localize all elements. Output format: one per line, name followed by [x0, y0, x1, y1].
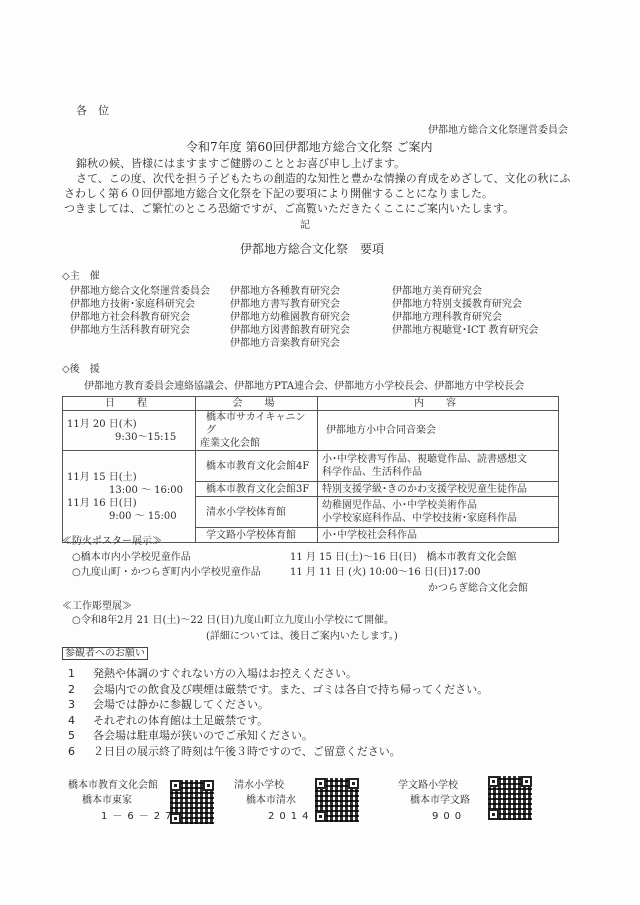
venue-cell: 清水小学校体育館	[196, 497, 318, 528]
poster-heading: ≪防火ポスター展示≫	[62, 535, 162, 548]
organizer: 伊都地方特別支援教育研究会	[392, 298, 538, 311]
organizers-heading: ◇主 催	[62, 270, 100, 283]
list-item: 4それぞれの体育館は土足厳禁です。	[68, 713, 488, 729]
item-number: 3	[68, 697, 93, 713]
content-cell: 小･中学校社会科作品	[318, 528, 559, 543]
poster-item-when: 11 月 15 日(土)～16 日(日) 橋本市教育文化会館	[290, 551, 517, 564]
content-cont: 小学校家庭科作品、中学校技術･家庭科作品	[322, 512, 554, 525]
date: 11月 15 日(土)	[67, 471, 191, 484]
sculpture-heading: ≪工作彫塑展≫	[62, 600, 132, 613]
item-text: 会場では静かに参観してください。	[93, 698, 269, 711]
venue-cell: 橋本市サカイキャニング 産業文化会館	[196, 411, 318, 451]
venue-name: 清水小学校	[234, 779, 284, 792]
table-row: 11月 20 日(木) 9:30～15:15 橋本市サカイキャニング 産業文化会…	[63, 411, 559, 451]
venue-cont: 産業文化会館	[200, 437, 313, 450]
outline-title: 伊都地方総合文化祭 要項	[240, 242, 384, 257]
requests-heading: 参観者へのお願い	[62, 647, 148, 660]
organizer: 伊都地方音楽教育研究会	[230, 337, 350, 350]
venue-number: 2014	[268, 810, 313, 823]
item-text: 会場内での飲食及び喫煙は厳禁です。また、ゴミは各自で持ち帰ってください。	[93, 683, 488, 696]
venue-cell: 橋本市教育文化会館3F	[196, 482, 318, 497]
venue-cell: 学文路小学校体育館	[196, 528, 318, 543]
venue-name: 橋本市教育文化会館	[68, 779, 158, 792]
schedule-table: 日 程 会 場 内 容 11月 20 日(木) 9:30～15:15 橋本市サカ…	[62, 396, 559, 543]
date-cell: 11月 15 日(土) 13:00 ～ 16:00 11月 16 日(日) 9:…	[63, 451, 196, 543]
table-header-row: 日 程 会 場 内 容	[63, 397, 559, 411]
header-venue: 会 場	[196, 397, 318, 411]
organizer: 伊都地方美育研究会	[392, 285, 538, 298]
sculpture-line-2: (詳細については、後日ご案内いたします。)	[206, 630, 398, 643]
supporters-heading: ◇後 援	[62, 363, 100, 376]
venue-number: 1－6－27	[101, 810, 176, 823]
poster-item-label: ○橋本市内小学校児童作品	[72, 551, 191, 564]
sculpture-line-1: ○令和8年2月 21 日(土)～22 日(日)九度山町立九度山小学校にて開催。	[72, 614, 394, 627]
content: 幼稚園児作品、小･中学校美術作品	[322, 499, 554, 512]
item-number: 6	[68, 744, 93, 760]
time: 9:00 ～ 15:00	[67, 510, 191, 523]
list-item: 2会場内での飲食及び喫煙は厳禁です。また、ゴミは各自で持ち帰ってください。	[68, 682, 488, 698]
organizer: 伊都地方生活科教育研究会	[70, 324, 210, 337]
time: 9:30～15:15	[67, 431, 191, 444]
poster-item-when: 11 月 11 日 (火) 10:00～16 日(日)17:00	[290, 566, 481, 579]
supporters-text: 伊都地方教育委員会連絡協議会、伊都地方PTA連合会、伊都地方小学校長会、伊都地方…	[84, 380, 524, 393]
item-number: 2	[68, 682, 93, 698]
item-number: 4	[68, 713, 93, 729]
item-text: ２日目の展示終了時刻は午後３時ですので、ご留意ください。	[93, 745, 401, 758]
item-text: 発熱や体調のすぐれない方の入場はお控えください。	[93, 667, 357, 680]
content-cont: 科学作品、生活科作品	[322, 466, 554, 479]
table-row: 11月 15 日(土) 13:00 ～ 16:00 11月 16 日(日) 9:…	[63, 451, 559, 482]
organizer: 伊都地方技術･家庭科研究会	[70, 298, 210, 311]
requests-heading-label: 参観者へのお願い	[62, 647, 148, 660]
content-cell: 伊都地方小中合同音楽会	[318, 411, 559, 451]
venue-name: 学文路小学校	[398, 779, 458, 792]
list-item: 3会場では静かに参観してください。	[68, 697, 488, 713]
date: 11月 16 日(日)	[67, 497, 191, 510]
content-cell: 幼稚園児作品、小･中学校美術作品 小学校家庭科作品、中学校技術･家庭科作品	[318, 497, 559, 528]
poster-item-label: ○九度山町・かつらぎ町内小学校児童作品	[72, 566, 261, 579]
organizers-col-2: 伊都地方各種教育研究会 伊都地方書写教育研究会 伊都地方幼稚園教育研究会 伊都地…	[230, 285, 350, 350]
organizers-col-3: 伊都地方美育研究会 伊都地方特別支援教育研究会 伊都地方理科教育研究会 伊都地方…	[392, 285, 538, 337]
intro-line-4: つきましては、ご繁忙のところ恐縮ですが、ご高覧いただきたくここにご案内いたします…	[64, 202, 514, 216]
venue-number: 900	[432, 810, 466, 823]
organizer: 伊都地方総合文化祭運営委員会	[70, 285, 210, 298]
header-content: 内 容	[318, 397, 559, 411]
organizer: 伊都地方理科教育研究会	[392, 311, 538, 324]
organizers-col-1: 伊都地方総合文化祭運営委員会 伊都地方技術･家庭科研究会 伊都地方社会科教育研究…	[70, 285, 210, 337]
content-cell: 小･中学校書写作品、視聴覚作品、読書感想文 科学作品、生活科作品	[318, 451, 559, 482]
date: 11月 20 日(木)	[67, 418, 191, 431]
poster-item-where: かつらぎ総合文化会館	[428, 582, 528, 595]
content-cell: 特別支援学級･きのかわ支援学校児童生徒作品	[318, 482, 559, 497]
organizer: 伊都地方社会科教育研究会	[70, 311, 210, 324]
ki-mark: 記	[300, 219, 310, 232]
item-number: 1	[68, 666, 93, 682]
venue-area: 橋本市清水	[246, 794, 296, 807]
list-item: 5各会場は駐車場が狭いのでご承知ください。	[68, 728, 488, 744]
organizer: 伊都地方各種教育研究会	[230, 285, 350, 298]
date-cell: 11月 20 日(木) 9:30～15:15	[63, 411, 196, 451]
page-title: 令和7年度 第60回伊都地方総合文化祭 ご案内	[186, 140, 433, 155]
salutation: 各 位	[76, 104, 109, 118]
organizer: 伊都地方書写教育研究会	[230, 298, 350, 311]
content: 小･中学校書写作品、視聴覚作品、読書感想文	[322, 453, 554, 466]
venue-area: 橋本市学文路	[410, 794, 470, 807]
item-text: 各会場は駐車場が狭いのでご承知ください。	[93, 729, 313, 742]
qr-code-icon[interactable]	[170, 780, 214, 824]
list-item: 6２日目の展示終了時刻は午後３時ですので、ご留意ください。	[68, 744, 488, 760]
venue-area: 橋本市東家	[82, 794, 132, 807]
sender: 伊都地方総合文化祭運営委員会	[428, 124, 568, 137]
qr-code-icon[interactable]	[488, 776, 532, 820]
venue: 橋本市サカイキャニング	[200, 411, 313, 437]
list-item: 1発熱や体調のすぐれない方の入場はお控えください。	[68, 666, 488, 682]
intro-line-2: さて、この度、次代を担う子どもたちの創造的な知性と豊かな情操の育成をめざして、文…	[76, 172, 571, 186]
venue-cell: 橋本市教育文化会館4F	[196, 451, 318, 482]
intro-line-3: さわしく第６０回伊都地方総合文化祭を下記の要項により開催することになりました。	[64, 187, 493, 201]
organizer: 伊都地方図書館教育研究会	[230, 324, 350, 337]
item-text: それぞれの体育館は土足厳禁です。	[93, 714, 268, 727]
requests-list: 1発熱や体調のすぐれない方の入場はお控えください。 2会場内での飲食及び喫煙は厳…	[68, 666, 488, 759]
intro-line-1: 錦秋の候、皆様にはますますご健勝のこととお喜び申し上げます。	[76, 157, 405, 171]
time: 13:00 ～ 16:00	[67, 484, 191, 497]
organizer: 伊都地方幼稚園教育研究会	[230, 311, 350, 324]
organizer: 伊都地方視聴覚･ICT 教育研究会	[392, 324, 538, 337]
item-number: 5	[68, 728, 93, 744]
header-date: 日 程	[63, 397, 196, 411]
qr-code-icon[interactable]	[315, 778, 359, 822]
